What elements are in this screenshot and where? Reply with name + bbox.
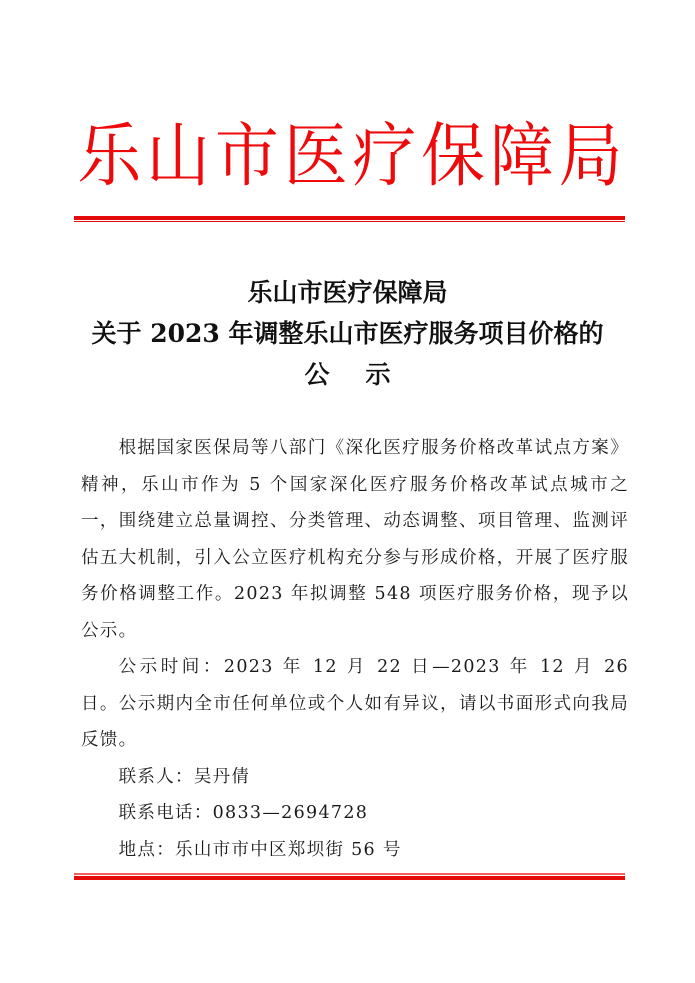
document-body: 根据国家医保局等八部门《深化医疗服务价格改革试点方案》精神，乐山市作为 5 个国… (81, 430, 629, 868)
title-line-issuer: 乐山市医疗保障局 (60, 272, 635, 313)
title-line-subject: 关于 2023 年调整乐山市医疗服务项目价格的 (60, 313, 635, 354)
masthead-char: 市 (213, 108, 282, 205)
masthead-char: 山 (144, 108, 213, 205)
bottom-divider (74, 873, 625, 880)
masthead-char: 医 (281, 108, 350, 205)
contact-phone: 联系电话：0833—2694728 (81, 795, 629, 832)
masthead-char: 乐 (75, 108, 144, 205)
masthead-title: 乐 山 市 医 疗 保 障 局 (75, 112, 625, 202)
document-title: 乐山市医疗保障局 关于 2023 年调整乐山市医疗服务项目价格的 公示 (60, 272, 635, 395)
top-divider (74, 216, 625, 222)
contact-person: 联系人：吴丹倩 (81, 759, 629, 796)
body-paragraph-background: 根据国家医保局等八部门《深化医疗服务价格改革试点方案》精神，乐山市作为 5 个国… (81, 430, 629, 649)
masthead-char: 保 (419, 108, 488, 205)
title-line-notice: 公示 (60, 354, 635, 395)
contact-address: 地点：乐山市市中区郑坝街 56 号 (81, 832, 629, 869)
masthead-char: 障 (488, 108, 557, 205)
top-divider-thin (74, 221, 625, 222)
masthead-char: 疗 (350, 108, 419, 205)
body-paragraph-notice-period: 公示时间：2023 年 12 月 22 日—2023 年 12 月 26 日。公… (81, 649, 629, 759)
masthead-char: 局 (556, 108, 625, 205)
bottom-divider-thick (74, 876, 625, 880)
